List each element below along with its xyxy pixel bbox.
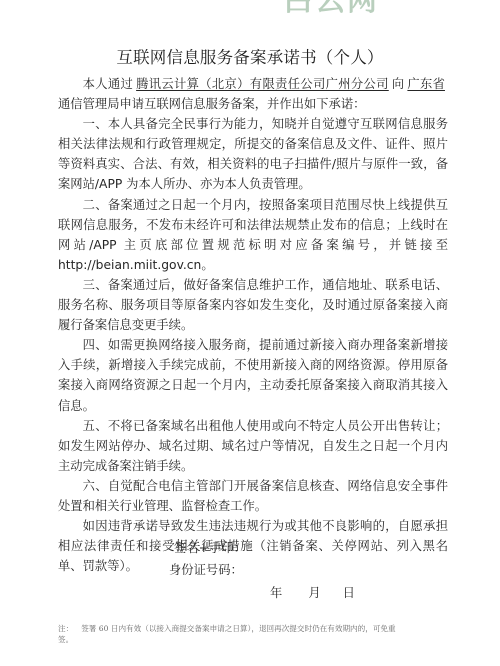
watermark-logo: 吕云网 <box>283 0 379 16</box>
commitment-item-3: 三、备案通过后，做好备案信息维护工作，通信地址、联系电话、服务名称、服务项目等原… <box>58 275 448 335</box>
province-field: 广东省 <box>404 77 448 91</box>
document-title: 互联网信息服务备案承诺书（个人） <box>0 47 500 69</box>
commitment-item-1: 一、本人具备完全民事行为能力，知晓并自觉遵守互联网信息服务相关法律法规和行政管理… <box>58 114 448 194</box>
id-number-label: 身份证号码： <box>169 560 243 578</box>
commitment-item-5: 五、不将已备案域名出租他人使用或向不特定人员公开出售转让；如发生网站停办、域名过… <box>58 416 448 476</box>
commitment-item-2: 二、备案通过之日起一个月内，按照备案项目范围尽快上线提供互联网信息服务，不发布未… <box>58 195 448 275</box>
intro-suffix: 通信管理局申请互联网信息服务备案，并作出如下承诺： <box>58 97 365 111</box>
footnote-text: 签署 60 日内有效（以接入商提交备案申请之日算），退回再次提交时仍在有效期内的… <box>58 624 396 644</box>
intro-prefix: 本人通过 <box>83 77 134 91</box>
liability-paragraph: 如因违背承诺导致发生违法违规行为或其他不良影响的，自愿承担相应法律责任和接受相关… <box>58 516 448 576</box>
commitment-item-6: 六、自觉配合电信主管部门开展备案信息核查、网络信息安全事件处置和相关行业管理、监… <box>58 476 448 516</box>
intro-paragraph: 本人通过腾讯云计算（北京）有限责任公司广州分公司向广东省通信管理局申请互联网信息… <box>58 74 448 114</box>
intro-middle: 向 <box>392 77 405 91</box>
access-provider-field: 腾讯云计算（北京）有限责任公司广州分公司 <box>133 77 392 91</box>
commitment-item-4: 四、如需更换网络接入服务商，提前通过新接入商办理备案新增接入手续，新增接入手续完… <box>58 335 448 415</box>
date-year-label: 年 <box>270 583 282 601</box>
date-row: 年月日 <box>270 583 355 601</box>
date-month-label: 月 <box>308 583 320 601</box>
footnote-label: 注： <box>58 624 73 633</box>
commitment-body: 本人通过腾讯云计算（北京）有限责任公司广州分公司向广东省通信管理局申请互联网信息… <box>58 74 448 576</box>
date-day-label: 日 <box>343 583 355 601</box>
signature-label: 签名+手印： <box>174 538 246 556</box>
footnote: 注：签署 60 日内有效（以接入商提交备案申请之日算），退回再次提交时仍在有效期… <box>58 623 398 645</box>
